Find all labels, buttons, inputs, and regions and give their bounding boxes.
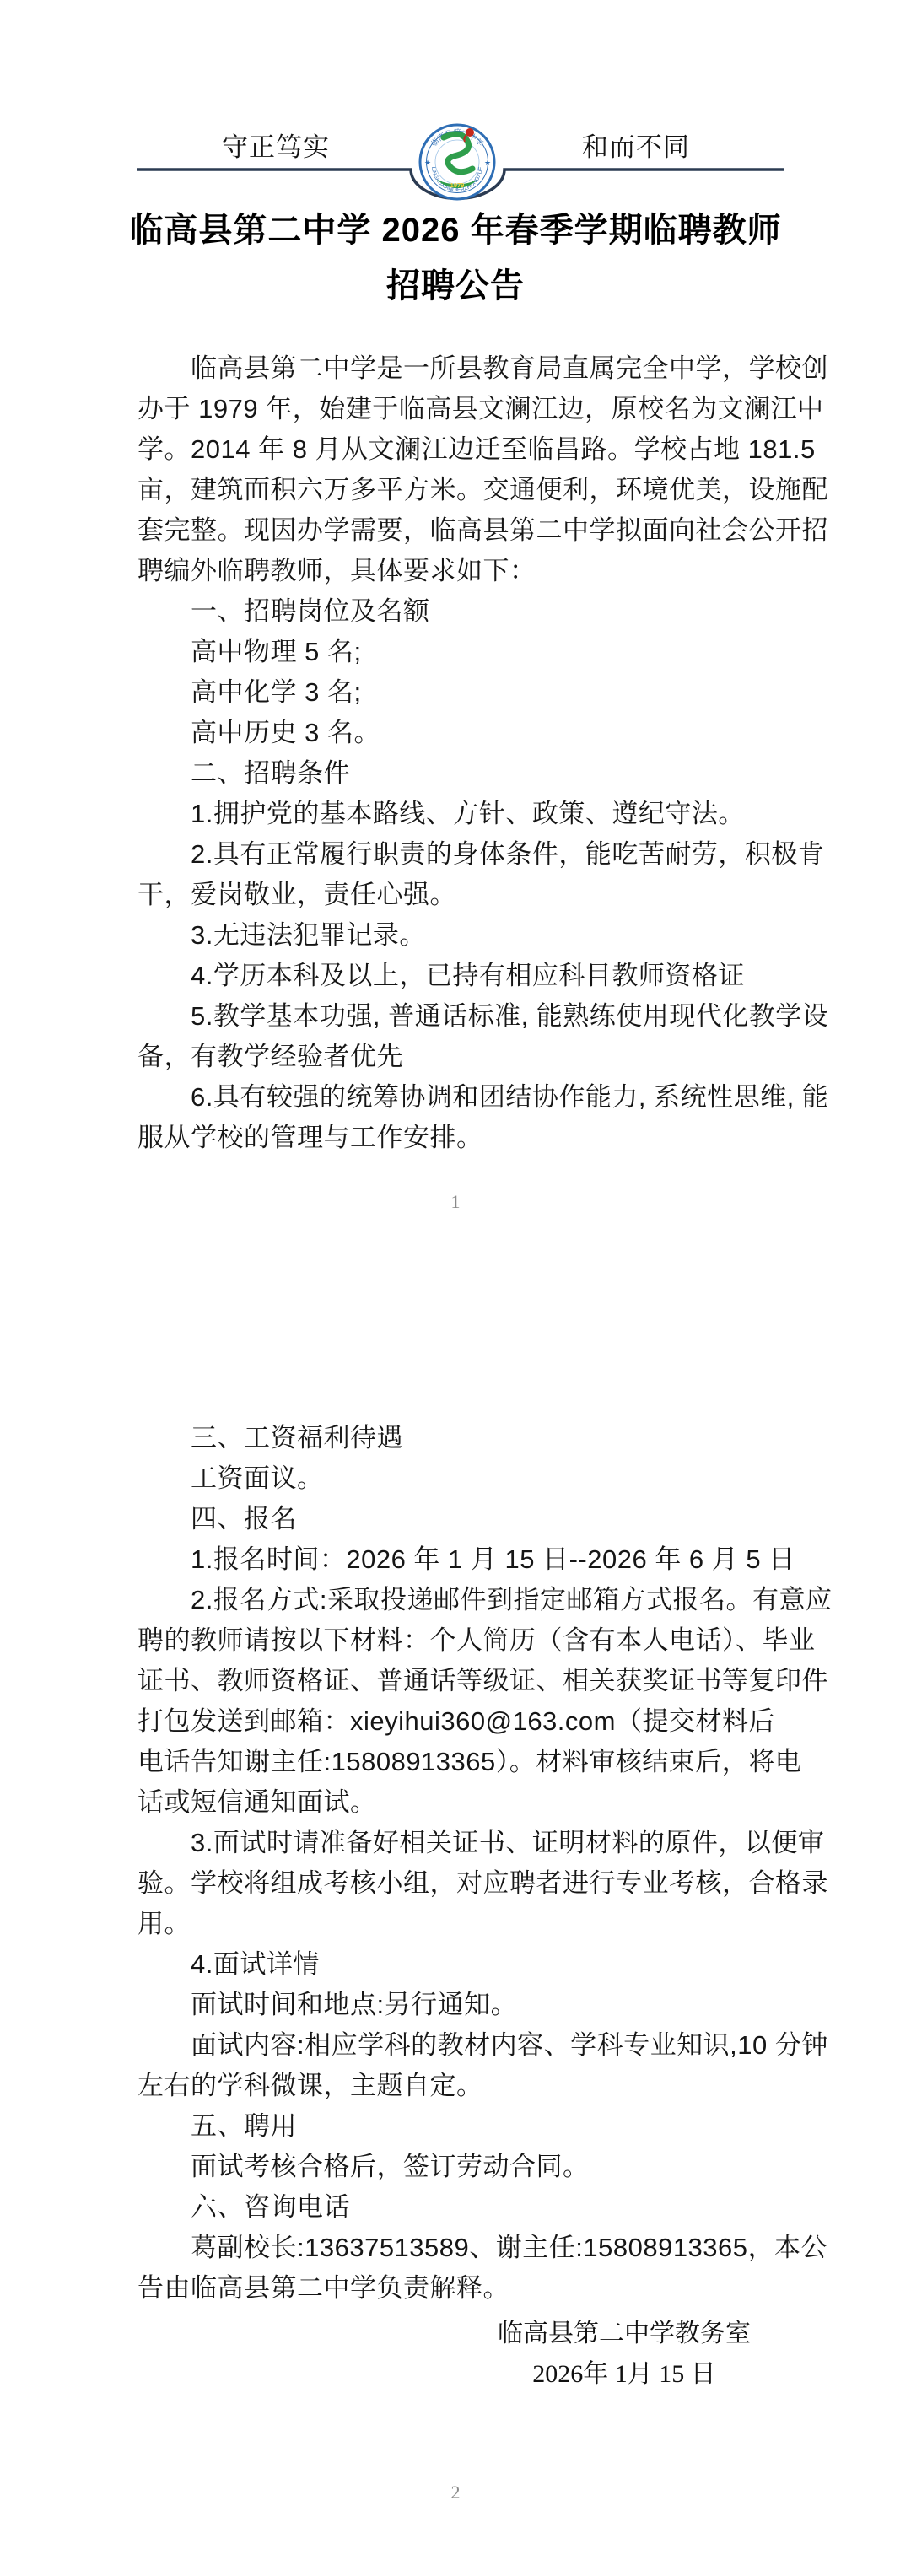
page1-body: 临高县第二中学是一所县教育局直属完全中学，学校创办于 1979 年，始建于临高县…: [137, 348, 812, 1158]
text-line: 验。学校将组成考核小组，对应聘者进行专业考核，合格录: [137, 1863, 812, 1904]
signature-block: 临高县第二中学教务室 2026年 1月 15 日: [498, 2314, 751, 2395]
page-title-line1: 临高县第二中学 2026 年春季学期临聘教师: [0, 202, 911, 258]
text-line: 话或短信通知面试。: [137, 1782, 812, 1823]
text-line: 二、招聘条件: [137, 753, 812, 794]
text-line: 四、报名: [137, 1499, 812, 1539]
text-line: 聘编外临聘教师，具体要求如下：: [137, 551, 812, 591]
text-line: 电话告知谢主任:15808913365）。材料审核结束后，将电: [137, 1742, 812, 1782]
signature-date: 2026年 1月 15 日: [498, 2354, 751, 2395]
page-title-line2: 招聘公告: [0, 258, 911, 314]
text-line: 3.面试时请准备好相关证书、证明材料的原件，以便审: [137, 1823, 812, 1863]
text-line: 3.无违法犯罪记录。: [137, 915, 812, 956]
text-line: 打包发送到邮箱：xieyihui360@163.com（提交材料后: [137, 1701, 812, 1742]
text-line: 5.教学基本功强, 普通话标准, 能熟练使用现代化教学设: [137, 996, 812, 1037]
text-line: 用。: [137, 1904, 812, 1944]
text-line: 聘的教师请按以下材料：个人简历（含有本人电话）、毕业: [137, 1620, 812, 1661]
flame-icon: [466, 128, 474, 137]
text-line: 1.拥护党的基本路线、方针、政策、遵纪守法。: [137, 794, 812, 834]
text-line: 高中化学 3 名;: [137, 672, 812, 713]
text-line: 三、工资福利待遇: [137, 1418, 812, 1458]
page2-body: 三、工资福利待遇工资面议。四、报名1.报名时间：2026 年 1 月 15 日-…: [137, 1418, 812, 2309]
text-line: 2.具有正常履行职责的身体条件，能吃苦耐劳，积极肯: [137, 834, 812, 875]
text-line: 4.学历本科及以上，已持有相应科目教师资格证: [137, 956, 812, 996]
logo-year-text: 1979: [450, 181, 465, 189]
text-line: 套完整。现因办学需要，临高县第二中学拟面向社会公开招: [137, 510, 812, 551]
text-line: 2.报名方式:采取投递邮件到指定邮箱方式报名。有意应: [137, 1580, 812, 1620]
text-line: 面试考核合格后，签订劳动合同。: [137, 2147, 812, 2187]
text-line: 葛副校长:13637513589、谢主任:15808913365，本公: [137, 2228, 812, 2268]
text-line: 六、咨询电话: [137, 2187, 812, 2228]
text-line: 告由临高县第二中学负责解释。: [137, 2268, 812, 2309]
page-title: 临高县第二中学 2026 年春季学期临聘教师 招聘公告: [0, 202, 911, 314]
text-line: 亩，建筑面积六万多平方米。交通便利，环境优美，设施配: [137, 470, 812, 510]
text-line: 临高县第二中学是一所县教育局直属完全中学，学校创: [137, 348, 812, 389]
text-line: 工资面议。: [137, 1458, 812, 1499]
document-page: { "document": { "header": { "motto_left"…: [0, 0, 911, 2576]
text-line: 6.具有较强的统筹协调和团结协作能力, 系统性思维, 能: [137, 1077, 812, 1118]
text-line: 1.报名时间：2026 年 1 月 15 日--2026 年 6 月 5 日: [137, 1539, 812, 1580]
text-line: 面试内容:相应学科的教材内容、学科专业知识,10 分钟: [137, 2025, 812, 2066]
text-line: 五、聘用: [137, 2106, 812, 2147]
header-graphic: 临高县第二中学 LINGAOXIANDIERZHONGXUE ★ ★ 1979: [0, 0, 911, 219]
signature-org: 临高县第二中学教务室: [498, 2314, 751, 2354]
star-icon: ★: [484, 159, 491, 167]
text-line: 学。2014 年 8 月从文澜江边迁至临昌路。学校占地 181.5: [137, 429, 812, 470]
text-line: 干，爱岗敬业，责任心强。: [137, 875, 812, 915]
star-icon: ★: [424, 159, 431, 167]
text-line: 证书、教师资格证、普通话等级证、相关获奖证书等复印件: [137, 1661, 812, 1701]
text-line: 高中物理 5 名;: [137, 632, 812, 672]
text-line: 服从学校的管理与工作安排。: [137, 1118, 812, 1158]
text-line: 左右的学科微课，主题自定。: [137, 2066, 812, 2106]
text-line: 高中历史 3 名。: [137, 713, 812, 753]
school-logo: 临高县第二中学 LINGAOXIANDIERZHONGXUE ★ ★ 1979: [420, 125, 494, 199]
text-line: 面试时间和地点:另行通知。: [137, 1985, 812, 2025]
text-line: 办于 1979 年，始建于临高县文澜江边，原校名为文澜江中: [137, 389, 812, 429]
page-number-2: 2: [0, 2472, 911, 2513]
page-number-1: 1: [0, 1182, 911, 1222]
text-line: 一、招聘岗位及名额: [137, 591, 812, 632]
text-line: 4.面试详情: [137, 1944, 812, 1985]
text-line: 备，有教学经验者优先: [137, 1037, 812, 1077]
